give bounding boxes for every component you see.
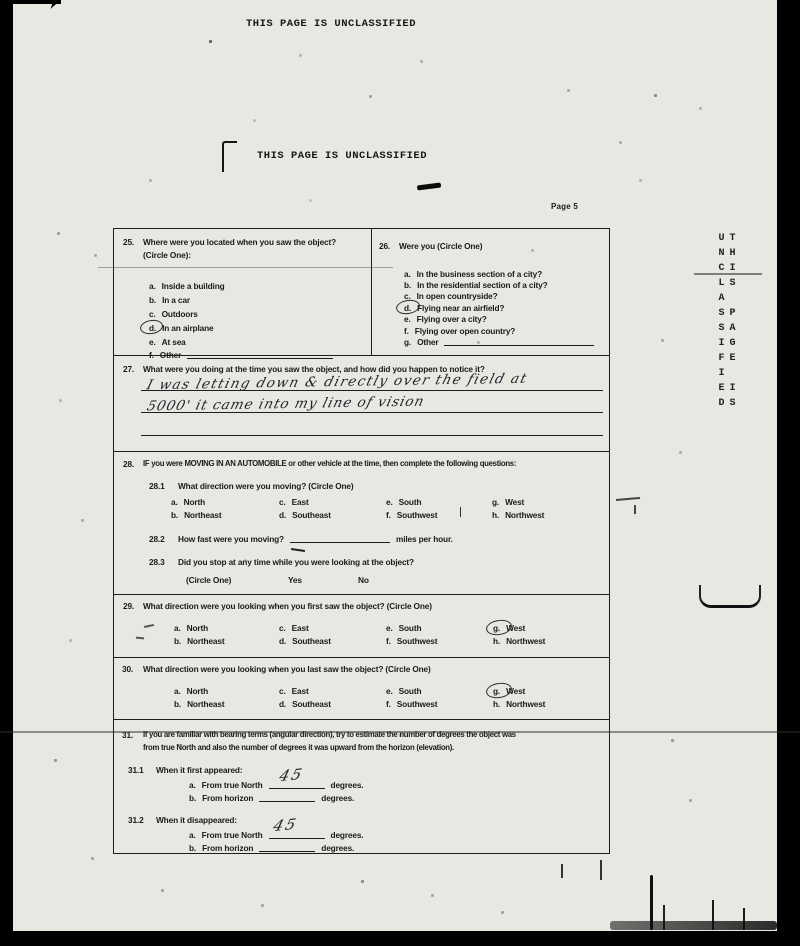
option-letter: b. [189,793,196,803]
q28-3-no: No [358,575,369,585]
option-letter: d. [279,636,286,646]
option-letter: b. [174,636,181,646]
scan-streak [600,860,602,880]
option-letter: d. [279,699,286,709]
option-letter: c. [279,686,286,696]
q28-2-suffix: miles per hour. [396,534,453,544]
paper-crease-line [98,267,393,268]
field-suffix: degrees. [321,793,354,803]
option-letter: e. [386,497,393,507]
q29-option-e: e.South [386,623,421,633]
q26-question: Were you (Circle One) [399,241,482,251]
q31-2-b-blank [259,843,315,852]
q28-option-f: f.Southwest [386,510,437,520]
q29-option-h: h.Northwest [493,636,545,646]
option-label: Flying near an airfield? [417,303,504,313]
q30-option-e: e.South [386,686,421,696]
option-label: North [184,497,205,507]
option-letter: d. [279,510,286,520]
option-label: North [187,623,208,633]
q25-question: Where were you located when you saw the … [143,237,336,247]
scan-noise [0,0,1,1]
q30-number: 30. [122,664,133,674]
q28-3-yes: Yes [288,575,302,585]
q28-question: IF you were MOVING IN AN AUTOMOBILE or o… [143,459,516,468]
q28-option-h: h.Northwest [492,510,544,520]
divider-row5 [114,719,609,720]
q28-3-circle-one: (Circle One) [186,575,231,585]
option-letter: e. [149,337,156,347]
q28-2-question: How fast were you moving? [178,534,284,544]
option-label: Flying over a city? [417,314,487,324]
divider-row3 [114,594,609,595]
option-letter: b. [404,280,411,290]
option-label: Other [417,337,438,347]
option-label: Southeast [292,510,331,520]
scan-smudge [610,921,777,930]
option-letter: f. [386,510,391,520]
q29-option-a: a.North [174,623,208,633]
q25-option-c: c.Outdoors [149,309,198,319]
q28-option-b: b.Northeast [171,510,221,520]
option-letter: a. [189,830,196,840]
q25-number: 25. [123,237,134,247]
option-label: Flying over open country? [415,326,515,336]
q28-2-number: 28.2 [149,534,165,544]
q30-option-h: h.Northwest [493,699,545,709]
option-label: In the business section of a city? [417,269,542,279]
field-label: From true North [202,830,263,840]
q31-1-header: When it first appeared: [156,765,242,775]
option-letter: h. [492,510,499,520]
option-label: Northeast [187,699,224,709]
option-label: Inside a building [162,281,225,291]
option-label: Northwest [506,699,545,709]
option-letter: b. [171,510,178,520]
option-label: North [187,686,208,696]
option-label: In open countryside? [417,291,498,301]
option-label: Southwest [397,699,438,709]
option-label: South [399,686,422,696]
q31-1-b-blank [259,793,315,802]
q27-number: 27. [123,364,134,374]
option-label: Northwest [505,510,544,520]
q28-number: 28. [123,459,134,469]
q28-1-number: 28.1 [149,481,165,491]
q28-option-g: g.West [492,497,524,507]
option-label: In a car [162,295,190,305]
option-letter: h. [493,699,500,709]
q25-option-a: a.Inside a building [149,281,225,291]
divider-q25-q26 [371,229,372,355]
q25-option-e: e.At sea [149,337,186,347]
field-label: From horizon [202,843,253,853]
q26-option-c: c.In open countryside? [404,291,498,301]
q31-question-line2: from true North and also the number of d… [143,743,454,752]
option-letter: a. [404,269,411,279]
q26-option-e: e.Flying over a city? [404,314,487,324]
option-label: Southeast [292,699,331,709]
option-label: Other [160,350,181,360]
q28-option-a: a.North [171,497,205,507]
option-letter: a. [189,780,196,790]
page-number: Page 5 [551,202,578,211]
q29-option-c: c.East [279,623,309,633]
paper-fold-line [0,731,800,733]
q25-circled-d-annotation [139,318,164,335]
q25-option-f: f.Other [149,350,333,360]
option-letter: a. [174,686,181,696]
option-letter: f. [386,636,391,646]
option-letter: a. [149,281,156,291]
field-label: From horizon [202,793,253,803]
field-suffix: degrees. [331,780,364,790]
q30-option-c: c.East [279,686,309,696]
questionnaire-form: 25. Where were you located when you saw … [113,228,610,854]
q28-3-question: Did you stop at any time while you were … [178,557,414,567]
option-label: Northeast [184,510,221,520]
q31-2-header: When it disappeared: [156,815,237,825]
field-label: From true North [202,780,263,790]
scanned-document-page: { "colors": { "paper": "#e9e7e2", "ink":… [0,0,800,946]
q28-2-answer-blank [290,534,390,543]
q26-option-f: f.Flying over open country? [404,326,515,336]
option-letter: e. [404,314,411,324]
q31-2-number: 31.2 [128,815,144,825]
option-letter: c. [149,309,156,319]
q30-option-b: b.Northeast [174,699,224,709]
option-label: East [292,497,309,507]
q30-option-d: d.Southeast [279,699,331,709]
option-label: Northwest [506,636,545,646]
option-label: East [292,623,309,633]
option-letter: c. [279,497,286,507]
option-letter: b. [189,843,196,853]
pen-scribble-artifact [144,624,154,628]
option-label: Southwest [397,510,438,520]
q30-question: What direction were you looking when you… [143,664,431,674]
q28-option-e: e.South [386,497,421,507]
option-letter: f. [404,326,409,336]
q28-3-number: 28.3 [149,557,165,567]
option-letter: a. [174,623,181,633]
stray-tick-artifact [460,507,461,517]
q26-option-g: g.Other [404,337,594,347]
divider-row2 [114,451,609,452]
q25-other-blank [187,350,333,359]
option-letter: g. [492,497,499,507]
option-label: At sea [162,337,186,347]
corner-bracket-artifact [222,141,237,172]
option-letter: c. [279,623,286,633]
option-label: Southeast [292,636,331,646]
scan-streak [561,864,563,878]
q31-1-row-b: b. From horizon degrees. [189,793,354,803]
q29-circled-g-annotation [485,618,513,637]
q25-option-b: b.In a car [149,295,190,305]
unclassified-stamp-top: THIS PAGE IS UNCLASSIFIED [246,18,416,30]
q30-option-a: a.North [174,686,208,696]
option-letter: a. [171,497,178,507]
option-label: West [505,497,524,507]
stray-tick-artifact [634,505,636,514]
option-letter: b. [174,699,181,709]
q29-option-f: f.Southwest [386,636,437,646]
unclassified-stamp-middle: THIS PAGE IS UNCLASSIFIED [257,150,427,162]
q27-writing-line-3 [141,435,603,436]
option-label: South [399,623,422,633]
q31-1-number: 31.1 [128,765,144,775]
option-letter: f. [149,350,154,360]
q26-number: 26. [379,241,390,251]
q26-option-a: a.In the business section of a city? [404,269,542,279]
field-suffix: degrees. [331,830,364,840]
margin-line-artifact [694,273,762,275]
option-letter: h. [493,636,500,646]
q29-question: What direction were you looking when you… [143,601,432,611]
q31-2-row-b: b. From horizon degrees. [189,843,354,853]
q28-2-question-row: How fast were you moving? miles per hour… [178,534,453,544]
option-label: Outdoors [162,309,198,319]
option-letter: e. [386,623,393,633]
margin-bracket-artifact [699,585,761,608]
q30-circled-g-annotation [485,681,513,700]
pen-scribble-artifact [136,637,144,639]
option-letter: g. [404,337,411,347]
q28-1-question: What direction were you moving? (Circle … [178,481,354,491]
option-label: East [292,686,309,696]
option-label: South [399,497,422,507]
option-letter: b. [149,295,156,305]
q25-circle-one: (Circle One): [143,250,191,260]
option-label: In an airplane [162,323,213,333]
q28-option-c: c.East [279,497,309,507]
q30-option-f: f.Southwest [386,699,437,709]
option-label: Southwest [397,636,438,646]
q26-other-blank [444,337,594,346]
q26-option-b: b.In the residential section of a city? [404,280,548,290]
q28-option-d: d.Southeast [279,510,331,520]
option-label: Northeast [187,636,224,646]
q29-option-b: b.Northeast [174,636,224,646]
option-letter: e. [386,686,393,696]
option-letter: f. [386,699,391,709]
q29-option-d: d.Southeast [279,636,331,646]
option-label: In the residential section of a city? [417,280,547,290]
pen-dash-artifact [291,548,305,552]
divider-row4 [114,657,609,658]
field-suffix: degrees. [321,843,354,853]
q29-number: 29. [123,601,134,611]
unclassified-stamp-vertical: THIS PAGE IS UNCLASSIFIED [716,233,738,563]
